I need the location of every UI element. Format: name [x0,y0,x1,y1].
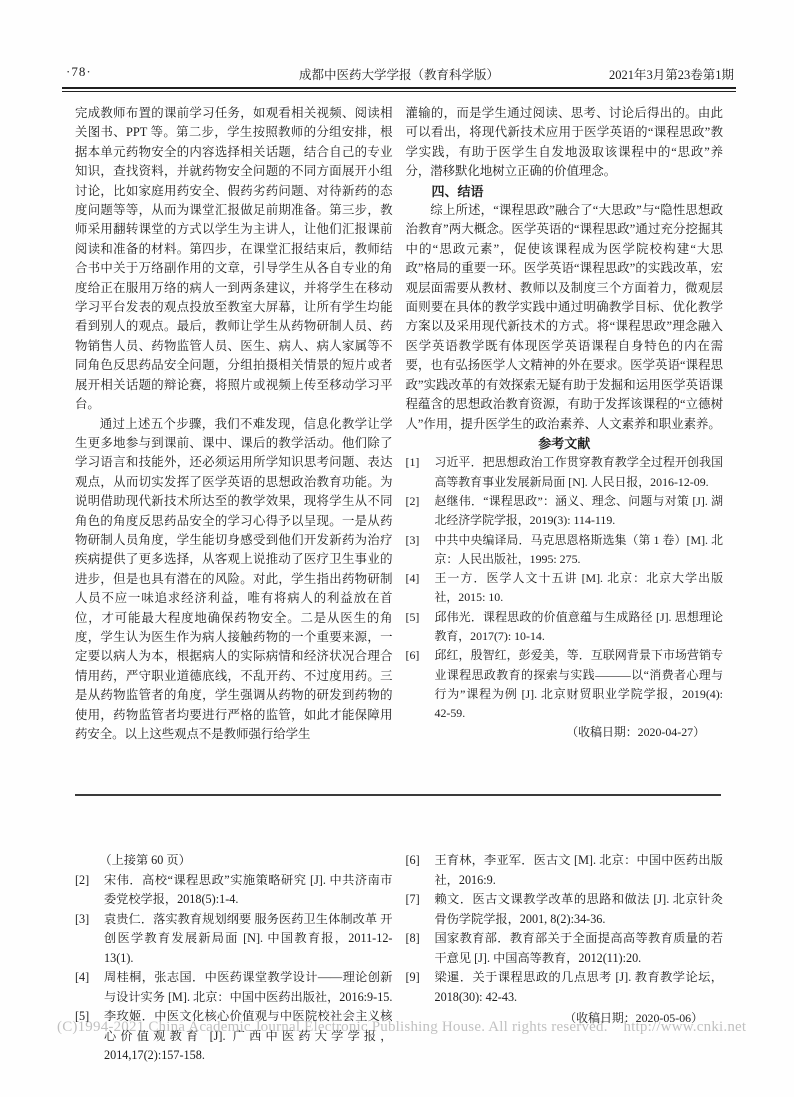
body-paragraph-continuation: 完成教师布置的课前学习任务，如观看相关视频、阅读相关图书、PPT 等。第二步，学… [75,104,393,415]
reference-item: [8] 国家教育部．教育部关于全面提高高等教育质量的若干意见 [J]. 中国高等… [406,929,724,968]
reference-item: [3] 中共中央编译局．马克思恩格斯选集（第 1 卷）[M]. 北京：人民出版社… [406,531,724,570]
continued-from-note: （上接第 60 页） [75,851,393,871]
reference-item: [6] 王育林，李亚军．医古文 [M]. 北京：中国中医药出版社，2016:9. [406,851,724,890]
reference-text: 李玫姬．中医文化核心价值观与中医院校社会主义核心价值观教育 [J]. 广西中医药… [104,1007,393,1066]
reference-number: [5] [406,608,435,647]
reference-text: 赖文．医古文课教学改革的思路和做法 [J]. 北京针灸骨伤学院学报，2001, … [435,890,724,929]
reference-text: 周桂桐，张志国．中医药课堂教学设计——理论创新与设计实务 [M]. 北京：中国中… [104,968,393,1007]
cnki-watermark: (C)1994-2021 China Academic Journal Elec… [57,1018,777,1036]
journal-page: ·78· 成都中医药大学学报（教育科学版） 2021年3月第23卷第1期 完成教… [0,0,794,1097]
reference-item: [5] 邱伟光．课程思政的价值意蕴与生成路径 [J]. 思想理论教育，2017(… [406,608,724,647]
received-date: （收稿日期：2020-04-27） [406,723,724,742]
reference-item: [6] 邱红，殷智红，彭爱美，等．互联网背景下市场营销专业课程思政教育的探索与实… [406,646,724,723]
reference-item: [1] 习近平．把思想政治工作贯穿教育教学全过程开创我国高等教育事业发展新局面 … [406,453,724,492]
reference-item: [9] 梁暹．关于课程思政的几点思考 [J]. 教育教学论坛，2018(30):… [406,968,724,1007]
reference-text: 梁暹．关于课程思政的几点思考 [J]. 教育教学论坛，2018(30): 42-… [435,968,724,1007]
header-rule [62,87,736,92]
reference-number: [1] [406,453,435,492]
reference-item: [7] 赖文．医古文课教学改革的思路和做法 [J]. 北京针灸骨伤学院学报，20… [406,890,724,929]
reference-text: 袁贵仁．落实教育规划纲要 服务医药卫生体制改革 开创医学教育发展新局面 [N].… [104,910,393,969]
reference-text: 宋伟．高校“课程思政”实施策略研究 [J]. 中共济南市委党校学报，2018(5… [104,871,393,910]
reference-number: [8] [406,929,435,968]
reference-number: [9] [406,968,435,1007]
body-paragraph: 通过上述五个步骤，我们不难发现，信息化教学让学生更多地参与到课前、课中、课后的教… [75,415,393,745]
reference-number: [3] [75,910,104,969]
right-column: 灌输的，而是学生通过阅读、思考、讨论后得出的。由此可以看出，将现代新技术应用于医… [406,104,724,744]
reference-item: [4] 王一方．医学人文十五讲 [M]. 北京：北京大学出版社，2015: 10… [406,569,724,608]
conclusion-heading: 四、结语 [406,182,724,201]
reference-text: 习近平．把思想政治工作贯穿教育教学全过程开创我国高等教育事业发展新局面 [N].… [435,453,724,492]
reference-number: [3] [406,531,435,570]
reference-item: [4] 周桂桐，张志国．中医药课堂教学设计——理论创新与设计实务 [M]. 北京… [75,968,393,1007]
reference-item: [3] 袁贵仁．落实教育规划纲要 服务医药卫生体制改革 开创医学教育发展新局面 … [75,910,393,969]
reference-text: 邱伟光．课程思政的价值意蕴与生成路径 [J]. 思想理论教育，2017(7): … [435,608,724,647]
conclusion-paragraph: 综上所述，“课程思政”融合了“大思政”与“隐性思想政治教育”两大概念。医学英语的… [406,201,724,434]
reference-text: 王育林，李亚军．医古文 [M]. 北京：中国中医药出版社，2016:9. [435,851,724,890]
reference-number: [7] [406,890,435,929]
references-heading: 参考文献 [406,434,724,453]
reference-number: [6] [406,646,435,723]
reference-number: [6] [406,851,435,890]
issue-info: 2021年3月第23卷第1期 [609,65,734,83]
page-header: ·78· 成都中医药大学学报（教育科学版） 2021年3月第23卷第1期 [64,64,734,82]
left-column: 完成教师布置的课前学习任务，如观看相关视频、阅读相关图书、PPT 等。第二步，学… [75,104,393,744]
reference-number: [4] [406,569,435,608]
reference-item: [2] 赵继伟．“课程思政”：涵义、理念、问题与对策 [J]. 湖北经济学院学报… [406,492,724,531]
references-list: [1] 习近平．把思想政治工作贯穿教育教学全过程开创我国高等教育事业发展新局面 … [406,453,724,723]
reference-text: 中共中央编译局．马克思恩格斯选集（第 1 卷）[M]. 北京：人民出版社，199… [435,531,724,570]
reference-number: [4] [75,968,104,1007]
reference-item: [5] 李玫姬．中医文化核心价值观与中医院校社会主义核心价值观教育 [J]. 广… [75,1007,393,1066]
reference-text: 赵继伟．“课程思政”：涵义、理念、问题与对策 [J]. 湖北经济学院学报，201… [435,492,724,531]
reference-text: 邱红，殷智红，彭爱美，等．互联网背景下市场营销专业课程思政教育的探索与实践———… [435,646,724,723]
body-paragraph-continuation: 灌输的，而是学生通过阅读、思考、讨论后得出的。由此可以看出，将现代新技术应用于医… [406,104,724,182]
reference-number: [5] [75,1007,104,1066]
reference-number: [2] [406,492,435,531]
reference-text: 王一方．医学人文十五讲 [M]. 北京：北京大学出版社，2015: 10. [435,569,724,608]
section-divider [75,794,721,796]
reference-item: [2] 宋伟．高校“课程思政”实施策略研究 [J]. 中共济南市委党校学报，20… [75,871,393,910]
reference-number: [2] [75,871,104,910]
reference-text: 国家教育部．教育部关于全面提高高等教育质量的若干意见 [J]. 中国高等教育，2… [435,929,724,968]
article-body: 完成教师布置的课前学习任务，如观看相关视频、阅读相关图书、PPT 等。第二步，学… [75,104,723,744]
